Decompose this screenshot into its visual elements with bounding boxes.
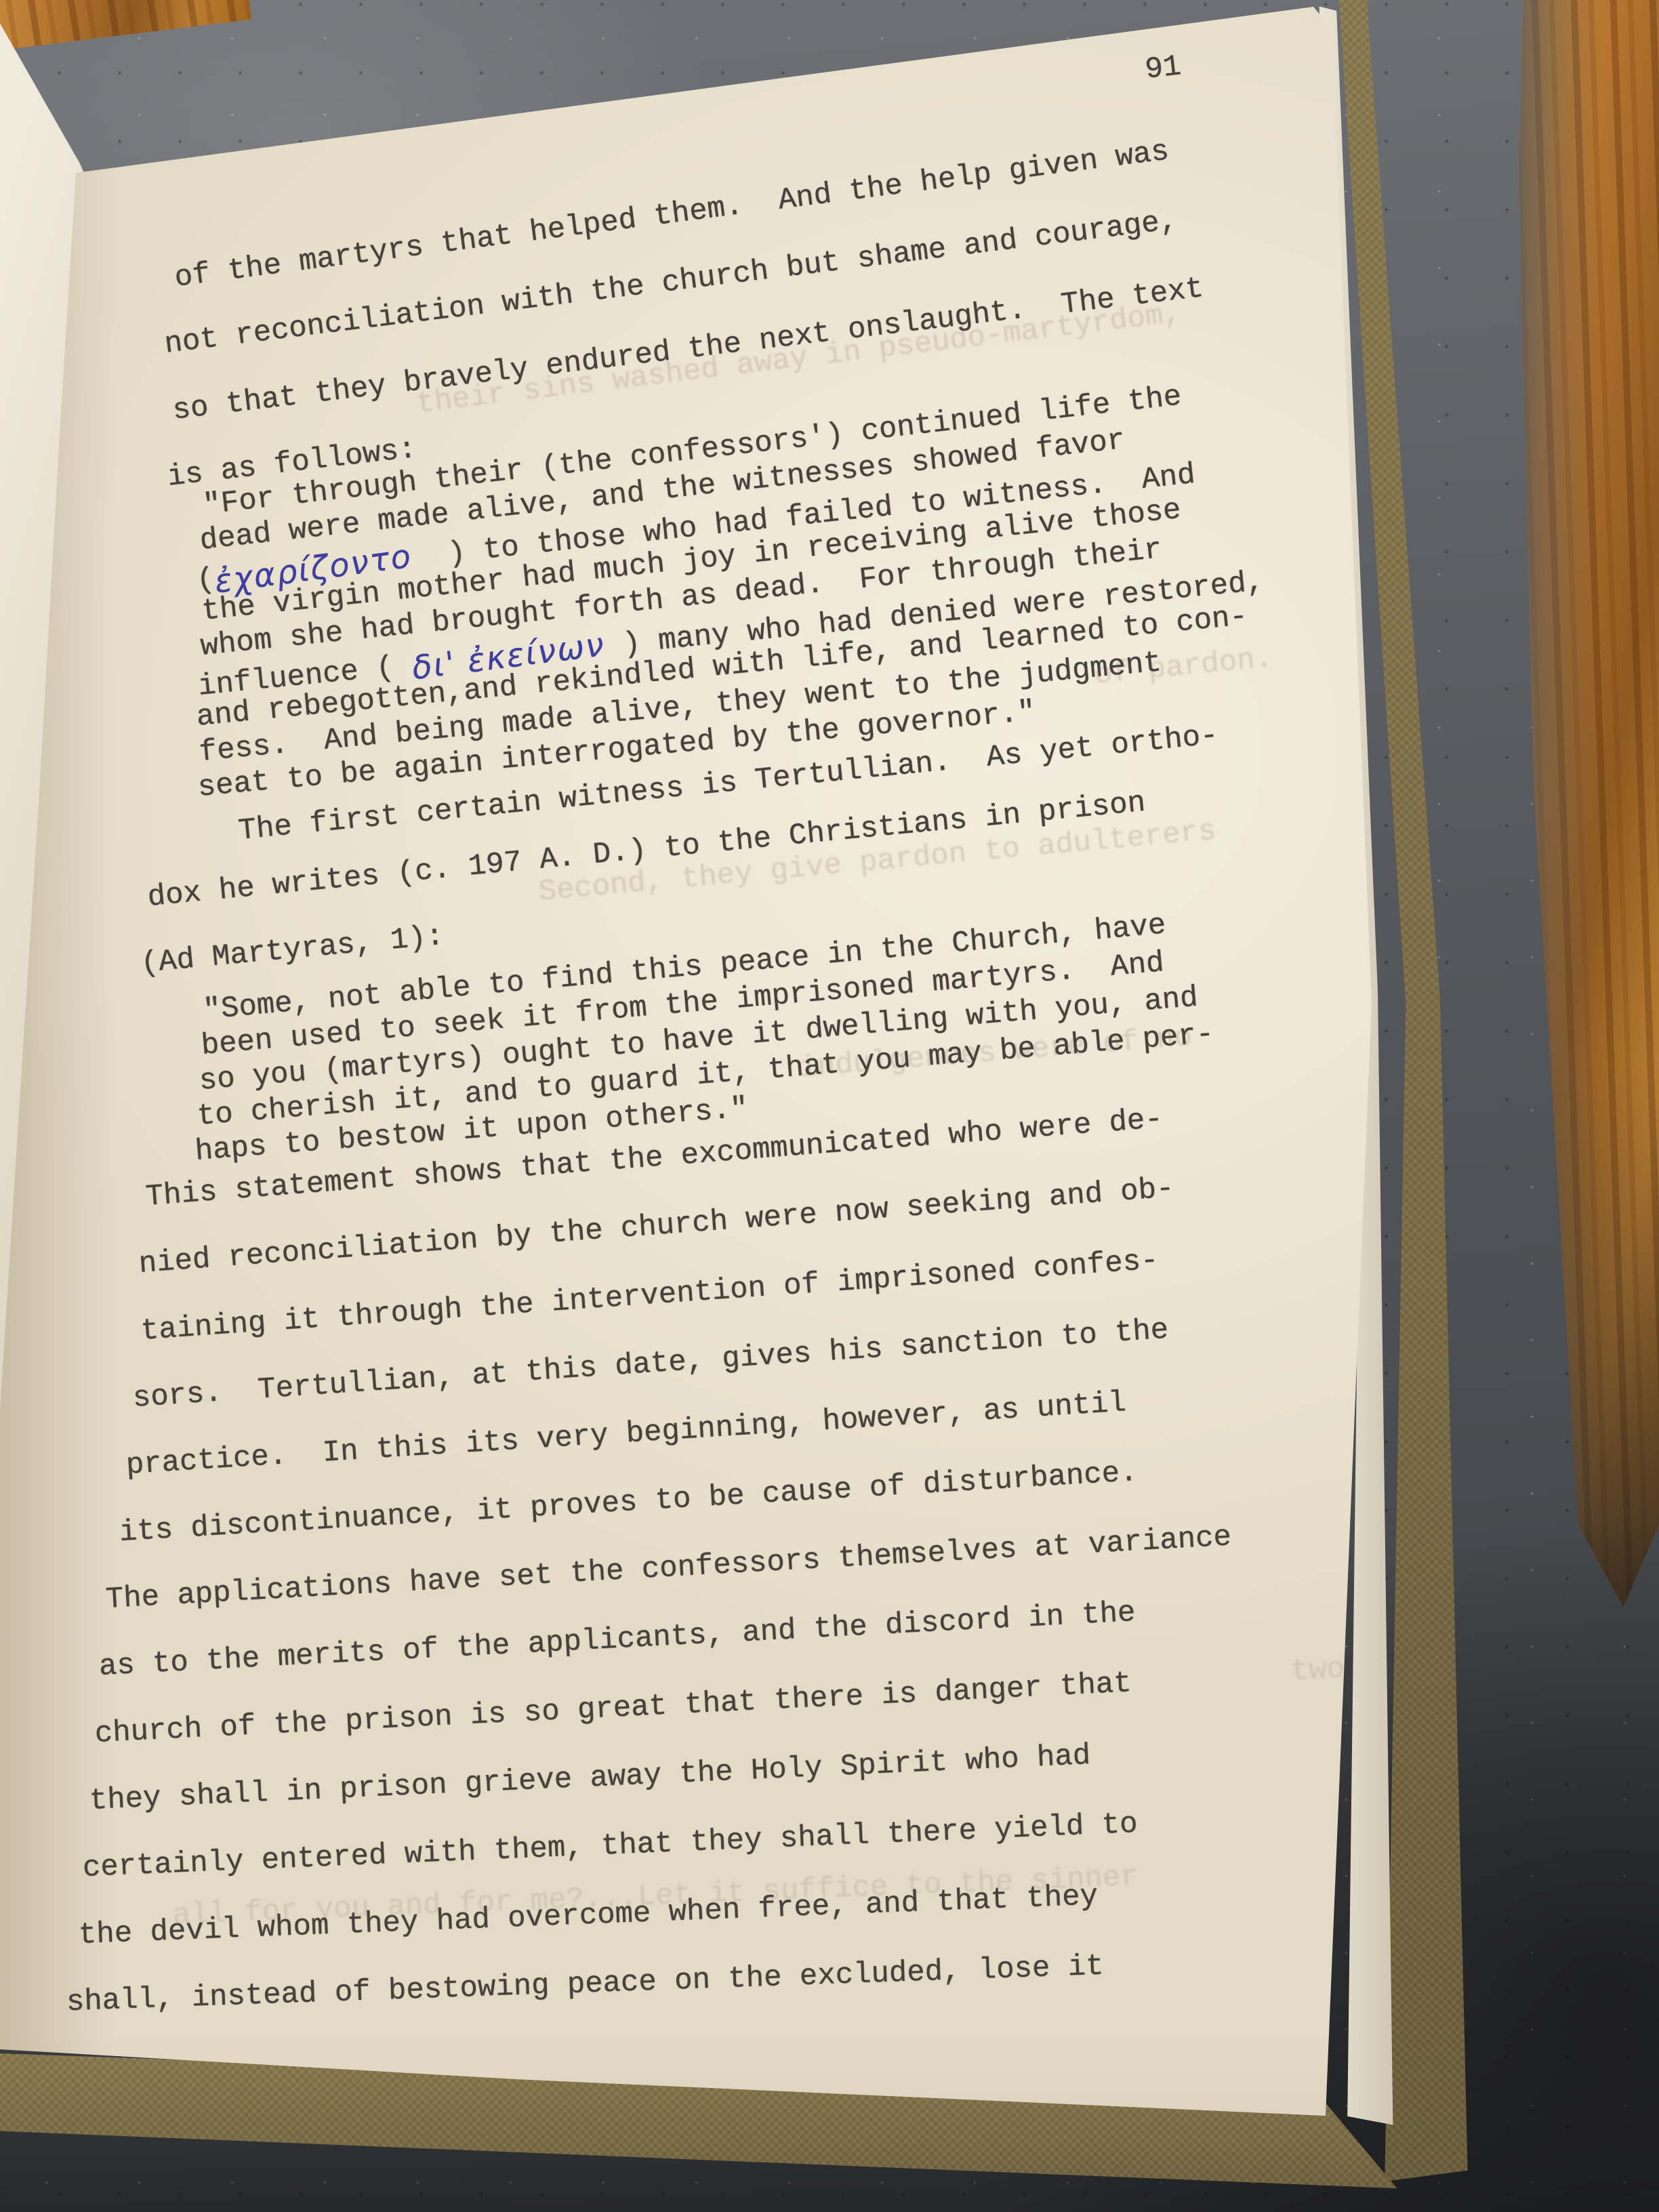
typed-line: (Ad Martyras, 1): [140, 922, 445, 979]
typed-line: shall, instead of bestowing peace on the… [66, 1952, 1104, 2018]
typed-line: church of the prison is so great that th… [94, 1668, 1132, 1749]
page-number: 91 [1144, 52, 1183, 85]
photograph-of-typewritten-page: { "page_number": "91", "paragraph_1": { … [0, 0, 1659, 2212]
typed-line: they shall in prison grieve away the Hol… [89, 1741, 1091, 1816]
typed-line: as to the merits of the applicants, and … [98, 1598, 1136, 1682]
